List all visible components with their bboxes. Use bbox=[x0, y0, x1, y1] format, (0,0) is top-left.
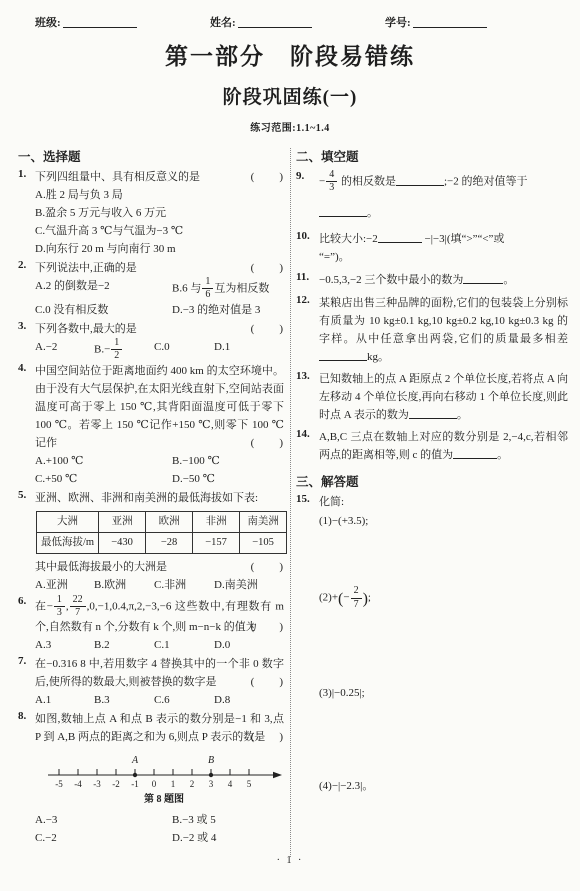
option-c: C.气温升高 3 ℃与气温为−3 ℃ bbox=[35, 222, 284, 240]
option-b: B.6 与16互为相反数 bbox=[172, 277, 284, 300]
option-b: B.−12 bbox=[94, 338, 154, 361]
option-row: C.+50 ℃ D.−50 ℃ bbox=[35, 470, 284, 488]
option-a: A.3 bbox=[35, 636, 94, 654]
fraction-numerator: 1 bbox=[54, 595, 65, 607]
stem-text: 下列四组量中、具有相反意义的是 bbox=[35, 171, 200, 183]
number-line-svg: A B -5 -4 -3 -2 -1 0 1 2 3 4 5 bbox=[45, 750, 283, 792]
question-line: 比较大小:−2 −|−3|(填“>”“<”或 bbox=[319, 230, 568, 248]
answer-paren: ( ) bbox=[251, 618, 284, 636]
fill-blank bbox=[409, 407, 457, 419]
fraction-numerator: 22 bbox=[70, 595, 86, 607]
tick-label: 1 bbox=[171, 779, 176, 789]
question-number: 13. bbox=[296, 370, 319, 424]
table-value-row: 最低海拔/m −430 −28 −157 −105 bbox=[37, 532, 287, 553]
question-3: 3. 下列各数中,最大的是 ( ) A.−2 B.−12 C.0 D.1 bbox=[18, 320, 284, 361]
answer-paren: ( ) bbox=[251, 558, 284, 576]
document-title: 第一部分 阶段易错练 bbox=[0, 38, 580, 71]
section-heading-solve: 三、解答题 bbox=[296, 472, 568, 490]
stem-text: 在−0.316 8 中,若用数字 4 替换其中的一个非 0 数字后,使所得的数最… bbox=[35, 658, 284, 688]
answer-paren: ( ) bbox=[251, 320, 284, 338]
question-body: 下列说法中,正确的是 ( ) A.2 的倒数是−2 B.6 与16互为相反数 C… bbox=[35, 259, 284, 318]
option-row: A.亚洲 B.欧洲 C.非洲 D.南美洲 bbox=[35, 576, 284, 594]
question-9: 9. −43 的相反数是;−2 的绝对值等于 。 bbox=[296, 170, 568, 222]
option-d: D.−3 的绝对值是 3 bbox=[172, 301, 284, 319]
fill-blank bbox=[319, 205, 367, 217]
stem-text: 。 bbox=[503, 274, 514, 286]
fraction: 27 bbox=[351, 586, 362, 609]
page-number: · 1 · bbox=[0, 855, 580, 866]
fraction: 16 bbox=[202, 277, 213, 300]
stem-text: 某粮店出售三种品牌的面粉,它们的包装袋上分别标有质量为 10 kg±0.1 kg… bbox=[319, 297, 568, 345]
option-c: C.6 bbox=[154, 691, 214, 709]
option-b: B.盈余 5 万元与收入 6 万元 bbox=[35, 204, 284, 222]
question-2: 2. 下列说法中,正确的是 ( ) A.2 的倒数是−2 B.6 与16互为相反… bbox=[18, 259, 284, 318]
stem-text: −0.5,3,−2 三个数中最小的数为 bbox=[319, 274, 463, 286]
tick-label: 0 bbox=[152, 779, 157, 789]
answer-paren: ( ) bbox=[251, 434, 284, 452]
question-body: A,B,C 三点在数轴上对应的数分别是 2,−4,c,若相邻两点的距离相等,则 … bbox=[319, 428, 568, 464]
section-heading-fill: 二、填空题 bbox=[296, 147, 568, 165]
option-d: D.0 bbox=[214, 636, 284, 654]
question-number: 6. bbox=[18, 595, 35, 654]
question-body: 在−0.316 8 中,若用数字 4 替换其中的一个非 0 数字后,使所得的数最… bbox=[35, 655, 284, 709]
question-7: 7. 在−0.316 8 中,若用数字 4 替换其中的一个非 0 数字后,使所得… bbox=[18, 655, 284, 709]
question-body: 下列四组量中、具有相反意义的是 ( ) A.胜 2 局与负 3 局 B.盈余 5… bbox=[35, 168, 284, 258]
option-d: D.−2 或 4 bbox=[172, 829, 284, 847]
tick-label: 5 bbox=[247, 779, 252, 789]
option-row: A.2 的倒数是−2 B.6 与16互为相反数 bbox=[35, 277, 284, 300]
document-subtitle: 阶段巩固练(一) bbox=[0, 82, 580, 109]
option-a: A.1 bbox=[35, 691, 94, 709]
fraction-numerator: 1 bbox=[202, 277, 213, 289]
answer-paren: ( ) bbox=[251, 259, 284, 277]
class-label: 班级: bbox=[35, 17, 61, 29]
question-1: 1. 下列四组量中、具有相反意义的是 ( ) A.胜 2 局与负 3 局 B.盈… bbox=[18, 168, 284, 258]
point-b-dot bbox=[209, 773, 213, 777]
stem-text: 。 bbox=[457, 409, 468, 421]
content-columns: 一、选择题 1. 下列四组量中、具有相反意义的是 ( ) A.胜 2 局与负 3… bbox=[18, 146, 568, 891]
question-line: −43 的相反数是;−2 的绝对值等于 bbox=[319, 170, 568, 193]
option-b: B.2 bbox=[94, 636, 154, 654]
stem-text: kg。 bbox=[367, 351, 389, 363]
tick-label: 3 bbox=[209, 779, 214, 789]
option-d: D.南美洲 bbox=[214, 576, 284, 594]
question-body: 化简: bbox=[319, 493, 568, 511]
question-body: 中国空间站位于距离地面约 400 km 的太空环境中。由于没有大气层保护,在太阳… bbox=[35, 362, 284, 488]
fill-blank bbox=[378, 231, 422, 243]
question-number: 10. bbox=[296, 230, 319, 266]
option-row: A.1 B.3 C.6 D.8 bbox=[35, 691, 284, 709]
class-blank-underline bbox=[63, 15, 137, 28]
question-body: 在−13,227,0,−1,0.4,π,2,−3,−6 这些数中,有理数有 m … bbox=[35, 595, 284, 654]
practice-range-note: 练习范围:1.1~1.4 bbox=[0, 119, 580, 134]
option-row: C.0 没有相反数 D.−3 的绝对值是 3 bbox=[35, 301, 284, 319]
stem-text: 下列各数中,最大的是 bbox=[35, 323, 137, 335]
question-number: 11. bbox=[296, 271, 319, 289]
option-c: C.0 没有相反数 bbox=[35, 301, 172, 319]
option-b-text: 互为相反数 bbox=[214, 283, 269, 295]
expression-text: ; bbox=[368, 592, 371, 604]
fill-blank bbox=[396, 174, 444, 186]
tick-label: 2 bbox=[190, 779, 195, 789]
tick-label: 4 bbox=[228, 779, 233, 789]
option-c: C.非洲 bbox=[154, 576, 214, 594]
option-b: B.3 bbox=[94, 691, 154, 709]
option-row: A.−3 B.−3 或 5 bbox=[35, 811, 284, 829]
stem-text: 如图,数轴上点 A 和点 B 表示的数分别是−1 和 3,点 P 到 A,B 两… bbox=[35, 713, 284, 743]
question-15: 15. 化简: bbox=[296, 493, 568, 511]
question-stem: 在−13,227,0,−1,0.4,π,2,−3,−6 这些数中,有理数有 m … bbox=[35, 595, 284, 636]
stem-text: ;−2 的绝对值等于 bbox=[444, 176, 528, 188]
fraction: 13 bbox=[54, 595, 65, 618]
table-cell: 最低海拔/m bbox=[37, 532, 99, 553]
fraction-denominator: 3 bbox=[54, 607, 65, 618]
question-number: 12. bbox=[296, 294, 319, 366]
tick-label: -5 bbox=[55, 779, 63, 789]
question-body: −43 的相反数是;−2 的绝对值等于 。 bbox=[319, 170, 568, 222]
stem-text: , bbox=[66, 600, 69, 612]
question-6: 6. 在−13,227,0,−1,0.4,π,2,−3,−6 这些数中,有理数有… bbox=[18, 595, 284, 654]
question-number: 14. bbox=[296, 428, 319, 464]
student-id-blank-underline bbox=[413, 15, 487, 28]
student-id-label: 学号: bbox=[385, 17, 411, 29]
table-cell: 大洲 bbox=[37, 512, 99, 533]
table-cell: −105 bbox=[240, 532, 287, 553]
stem-text: 。 bbox=[367, 207, 378, 219]
question-number: 4. bbox=[18, 362, 35, 488]
question-number: 5. bbox=[18, 489, 35, 593]
name-label: 姓名: bbox=[210, 17, 236, 29]
option-row: C.−2 D.−2 或 4 bbox=[35, 829, 284, 847]
number-line-figure: A B -5 -4 -3 -2 -1 0 1 2 3 4 5 bbox=[45, 750, 283, 792]
stem-text: 下列说法中,正确的是 bbox=[35, 262, 137, 274]
option-a: A.2 的倒数是−2 bbox=[35, 277, 172, 300]
table-cell: −430 bbox=[99, 532, 146, 553]
question-line: “=”)。 bbox=[319, 248, 568, 266]
stem-text: 比较大小:−2 bbox=[319, 233, 378, 245]
question-13: 13. 已知数轴上的点 A 距原点 2 个单位长度,若将点 A 向左移动 4 个… bbox=[296, 370, 568, 424]
fraction-numerator: 2 bbox=[351, 586, 362, 598]
stem-text: A,B,C 三点在数轴上对应的数分别是 2,−4,c,若相邻两点的距离相等,则 … bbox=[319, 431, 568, 461]
question-body: −0.5,3,−2 三个数中最小的数为。 bbox=[319, 271, 568, 289]
question-5: 5. 亚洲、欧洲、非洲和南美洲的最低海拔如下表: 大洲 亚洲 欧洲 非洲 南美洲… bbox=[18, 489, 284, 593]
option-row: A.+100 ℃ B.−100 ℃ bbox=[35, 452, 284, 470]
stem-text: −|−3|(填“>”“<”或 bbox=[422, 233, 505, 245]
question-15-part-4: (4)−|−2.3|。 bbox=[319, 778, 568, 796]
stem-text: 的相反数是 bbox=[338, 176, 396, 188]
option-a: A.亚洲 bbox=[35, 576, 94, 594]
question-body: 下列各数中,最大的是 ( ) A.−2 B.−12 C.0 D.1 bbox=[35, 320, 284, 361]
answer-paren: ( ) bbox=[251, 673, 284, 691]
question-number: 8. bbox=[18, 710, 35, 847]
fraction: 227 bbox=[70, 595, 86, 618]
left-column: 一、选择题 1. 下列四组量中、具有相反意义的是 ( ) A.胜 2 局与负 3… bbox=[18, 146, 284, 891]
question-15-part-3: (3)|−0.25|; bbox=[319, 685, 568, 703]
option-d: D.向东行 20 m 与向南行 30 m bbox=[35, 240, 284, 258]
question-body: 亚洲、欧洲、非洲和南美洲的最低海拔如下表: 大洲 亚洲 欧洲 非洲 南美洲 最低… bbox=[35, 489, 284, 593]
fill-blank bbox=[319, 349, 367, 361]
option-a: A.+100 ℃ bbox=[35, 452, 172, 470]
option-c: C.+50 ℃ bbox=[35, 470, 172, 488]
right-column: 二、填空题 9. −43 的相反数是;−2 的绝对值等于 。 10. bbox=[296, 146, 568, 891]
fraction-numerator: 4 bbox=[326, 170, 337, 182]
name-blank-underline bbox=[238, 15, 312, 28]
question-number: 2. bbox=[18, 259, 35, 318]
question-stem-2: 其中最低海拔最小的大洲是 ( ) bbox=[35, 558, 284, 576]
table-cell: 非洲 bbox=[193, 512, 240, 533]
option-a: A.胜 2 局与负 3 局 bbox=[35, 186, 284, 204]
elevation-table: 大洲 亚洲 欧洲 非洲 南美洲 最低海拔/m −430 −28 −157 −10… bbox=[36, 511, 287, 553]
question-10: 10. 比较大小:−2 −|−3|(填“>”“<”或 “=”)。 bbox=[296, 230, 568, 266]
question-stem: 下列说法中,正确的是 ( ) bbox=[35, 259, 284, 277]
question-number: 9. bbox=[296, 170, 319, 222]
option-b-text: B.6 与 bbox=[172, 283, 201, 295]
option-d: D.1 bbox=[214, 338, 284, 361]
question-12: 12. 某粮店出售三种品牌的面粉,它们的包装袋上分别标有质量为 10 kg±0.… bbox=[296, 294, 568, 366]
option-c: C.−2 bbox=[35, 829, 172, 847]
option-row: A.3 B.2 C.1 D.0 bbox=[35, 636, 284, 654]
question-14: 14. A,B,C 三点在数轴上对应的数分别是 2,−4,c,若相邻两点的距离相… bbox=[296, 428, 568, 464]
option-row: A.−2 B.−12 C.0 D.1 bbox=[35, 338, 284, 361]
option-c: C.1 bbox=[154, 636, 214, 654]
stem-text: 在− bbox=[35, 600, 53, 612]
name-field: 姓名: bbox=[210, 14, 312, 30]
tick-label: -1 bbox=[131, 779, 139, 789]
option-b-text: B.− bbox=[94, 343, 110, 355]
answer-paren: ( ) bbox=[251, 168, 284, 186]
column-divider bbox=[290, 148, 291, 857]
figure-caption: 第 8 题图 bbox=[45, 792, 283, 808]
question-number: 7. bbox=[18, 655, 35, 709]
point-a-label: A bbox=[131, 755, 139, 766]
fraction: 12 bbox=[111, 338, 122, 361]
stem-text: 。 bbox=[497, 449, 508, 461]
worksheet-page: 班级: 姓名: 学号: 第一部分 阶段易错练 阶段巩固练(一) 练习范围:1.1… bbox=[0, 0, 580, 891]
fill-blank bbox=[463, 272, 503, 284]
table-cell: −28 bbox=[146, 532, 193, 553]
table-header-row: 大洲 亚洲 欧洲 非洲 南美洲 bbox=[37, 512, 287, 533]
expression-text: (2)+ bbox=[319, 592, 338, 604]
stem-text: 其中最低海拔最小的大洲是 bbox=[35, 561, 167, 573]
answer-paren: ( ) bbox=[251, 728, 284, 746]
question-stem: 下列四组量中、具有相反意义的是 ( ) bbox=[35, 168, 284, 186]
question-line: 。 bbox=[319, 204, 568, 222]
question-stem: 亚洲、欧洲、非洲和南美洲的最低海拔如下表: bbox=[35, 489, 284, 507]
fraction-numerator: 1 bbox=[111, 338, 122, 350]
stem-text: 中国空间站位于距离地面约 400 km 的太空环境中。由于没有大气层保护,在太阳… bbox=[35, 365, 284, 449]
fraction-denominator: 2 bbox=[111, 350, 122, 361]
question-stem: 如图,数轴上点 A 和点 B 表示的数分别是−1 和 3,点 P 到 A,B 两… bbox=[35, 710, 284, 746]
point-b-label: B bbox=[208, 755, 214, 766]
expression-text: − bbox=[343, 592, 349, 604]
fraction-denominator: 7 bbox=[70, 607, 86, 618]
table-cell: −157 bbox=[193, 532, 240, 553]
option-b: B.欧洲 bbox=[94, 576, 154, 594]
question-stem: 在−0.316 8 中,若用数字 4 替换其中的一个非 0 数字后,使所得的数最… bbox=[35, 655, 284, 691]
question-number: 3. bbox=[18, 320, 35, 361]
option-b: B.−100 ℃ bbox=[172, 452, 284, 470]
stem-text: 化简: bbox=[319, 496, 344, 508]
option-b: B.−3 或 5 bbox=[172, 811, 284, 829]
table-cell: 亚洲 bbox=[99, 512, 146, 533]
question-number: 15. bbox=[296, 493, 319, 511]
option-d: D.8 bbox=[214, 691, 284, 709]
question-stem: 下列各数中,最大的是 ( ) bbox=[35, 320, 284, 338]
fraction-denominator: 7 bbox=[351, 599, 362, 610]
tick-label: -4 bbox=[74, 779, 82, 789]
table-cell: 南美洲 bbox=[240, 512, 287, 533]
question-15-part-1: (1)−(+3.5); bbox=[319, 513, 568, 531]
option-c: C.0 bbox=[154, 338, 214, 361]
option-a: A.−2 bbox=[35, 338, 94, 361]
fraction-denominator: 6 bbox=[202, 289, 213, 300]
question-body: 如图,数轴上点 A 和点 B 表示的数分别是−1 和 3,点 P 到 A,B 两… bbox=[35, 710, 284, 847]
fill-blank bbox=[453, 447, 497, 459]
table-cell: 欧洲 bbox=[146, 512, 193, 533]
question-body: 已知数轴上的点 A 距原点 2 个单位长度,若将点 A 向左移动 4 个单位长度… bbox=[319, 370, 568, 424]
fraction-denominator: 3 bbox=[326, 182, 337, 193]
section-heading-choice: 一、选择题 bbox=[18, 147, 284, 165]
option-d: D.−50 ℃ bbox=[172, 470, 284, 488]
question-number: 1. bbox=[18, 168, 35, 258]
question-15-part-2: (2)+(−27); bbox=[319, 586, 568, 612]
question-body: 比较大小:−2 −|−3|(填“>”“<”或 “=”)。 bbox=[319, 230, 568, 266]
option-a: A.−3 bbox=[35, 811, 172, 829]
question-8: 8. 如图,数轴上点 A 和点 B 表示的数分别是−1 和 3,点 P 到 A,… bbox=[18, 710, 284, 847]
question-stem: 中国空间站位于距离地面约 400 km 的太空环境中。由于没有大气层保护,在太阳… bbox=[35, 362, 284, 452]
student-id-field: 学号: bbox=[385, 14, 487, 30]
stem-text: − bbox=[319, 176, 325, 188]
point-a-dot bbox=[133, 773, 137, 777]
fraction: 43 bbox=[326, 170, 337, 193]
question-4: 4. 中国空间站位于距离地面约 400 km 的太空环境中。由于没有大气层保护,… bbox=[18, 362, 284, 488]
question-body: 某粮店出售三种品牌的面粉,它们的包装袋上分别标有质量为 10 kg±0.1 kg… bbox=[319, 294, 568, 366]
question-11: 11. −0.5,3,−2 三个数中最小的数为。 bbox=[296, 271, 568, 289]
tick-label: -3 bbox=[93, 779, 101, 789]
tick-label: -2 bbox=[112, 779, 120, 789]
class-field: 班级: bbox=[35, 14, 137, 30]
